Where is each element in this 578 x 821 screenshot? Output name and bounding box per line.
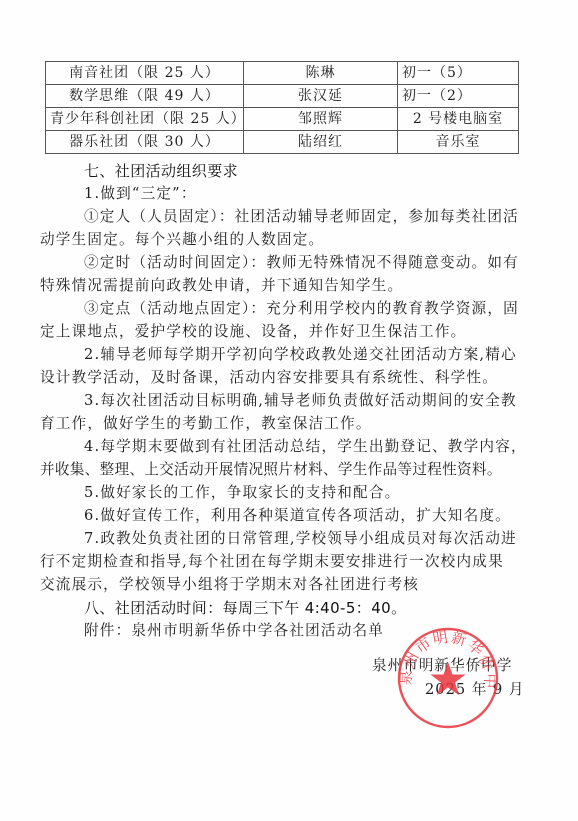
item-1a-line-1: ①定人（人员固定）：社团活动辅导老师固定，参加每类社团活 — [84, 207, 519, 227]
item-7-line-2: 行不定期检查和指导,每个社团在每学期末要安排进行一次校内成果 — [40, 552, 504, 572]
location-cell: 音乐室 — [398, 131, 519, 154]
signature-date: 2025 年 9 月 — [425, 680, 525, 700]
teacher-cell: 张汉延 — [244, 85, 398, 108]
document-page: 南音社团（限 25 人） 陈琳 初一（5） 数学思维（限 49 人） 张汉延 初… — [0, 0, 578, 821]
item-1c-line-1: ③定点（活动地点固定）：充分利用学校内的教育教学资源，固 — [84, 299, 519, 319]
teacher-cell: 邹照辉 — [244, 108, 398, 131]
table-row: 青少年科创社团（限 25 人） 邹照辉 2 号楼电脑室 — [46, 108, 519, 131]
table-row: 数学思维（限 49 人） 张汉延 初一（2） — [46, 85, 519, 108]
item-6: 6.做好宣传工作，利用各种渠道宣传各项活动，扩大知名度。 — [84, 506, 511, 526]
attachment-line: 附件：泉州市明新华侨中学各社团活动名单 — [84, 621, 384, 641]
club-name-cell: 器乐社团（限 30 人） — [46, 131, 244, 154]
item-3-line-2: 育工作，做好学生的考勤工作，教室保洁工作。 — [40, 414, 372, 434]
item-1-title: 1.做到“三定”： — [84, 184, 197, 204]
item-2-line-1: 2.辅导老师每学期开学初向学校政教处递交社团活动方案,精心 — [84, 345, 517, 365]
table-row: 南音社团（限 25 人） 陈琳 初一（5） — [46, 62, 519, 85]
item-3-line-1: 3.每次社团活动目标明确,辅导老师负责做好活动期间的安全教 — [84, 391, 517, 411]
table-row: 器乐社团（限 30 人） 陆绍红 音乐室 — [46, 131, 519, 154]
official-seal-stamp: 泉州市明新华侨中学 — [396, 626, 500, 730]
item-4-line-1: 4.每学期末要做到有社团活动总结，学生出勤登记、教学内容， — [84, 437, 527, 457]
section-8-heading: 八、社团活动时间：每周三下午 4:40-5：40。 — [84, 598, 407, 618]
club-name-cell: 数学思维（限 49 人） — [46, 85, 244, 108]
item-2-line-2: 设计教学活动，及时备课，活动内容安排要具有系统性、科学性。 — [40, 368, 498, 388]
club-name-cell: 青少年科创社团（限 25 人） — [46, 108, 244, 131]
section-7-heading: 七、社团活动组织要求 — [84, 161, 238, 181]
item-7-line-1: 7.政教处负责社团的日常管理,学校领导小组成员对每次活动进 — [84, 529, 517, 549]
location-cell: 初一（5） — [398, 62, 519, 85]
location-cell: 初一（2） — [398, 85, 519, 108]
club-table: 南音社团（限 25 人） 陈琳 初一（5） 数学思维（限 49 人） 张汉延 初… — [45, 61, 519, 154]
item-5: 5.做好家长的工作，争取家长的支持和配合。 — [84, 483, 400, 503]
item-1b-line-2: 特殊情况需提前向政教处申请，并下通知告知学生。 — [40, 276, 403, 296]
item-1a-line-2: 动学生固定。每个兴趣小组的人数固定。 — [40, 230, 324, 250]
item-1c-line-2: 定上课地点，爱护学校的设施、设备，并作好卫生保洁工作。 — [40, 322, 466, 342]
teacher-cell: 陆绍红 — [244, 131, 398, 154]
club-name-cell: 南音社团（限 25 人） — [46, 62, 244, 85]
item-7-line-3: 交流展示，学校领导小组将于学期末对各社团进行考核 — [40, 575, 419, 595]
signature-school: 泉州市明新华侨中学 — [372, 656, 512, 676]
item-4-line-2: 并收集、整理、上交活动开展情况照片材料、学生作品等过程性资料。 — [40, 460, 502, 480]
teacher-cell: 陈琳 — [244, 62, 398, 85]
item-1b-line-1: ②定时（活动时间固定）：教师无特殊情况不得随意变动。如有 — [84, 253, 519, 273]
location-cell: 2 号楼电脑室 — [398, 108, 519, 131]
